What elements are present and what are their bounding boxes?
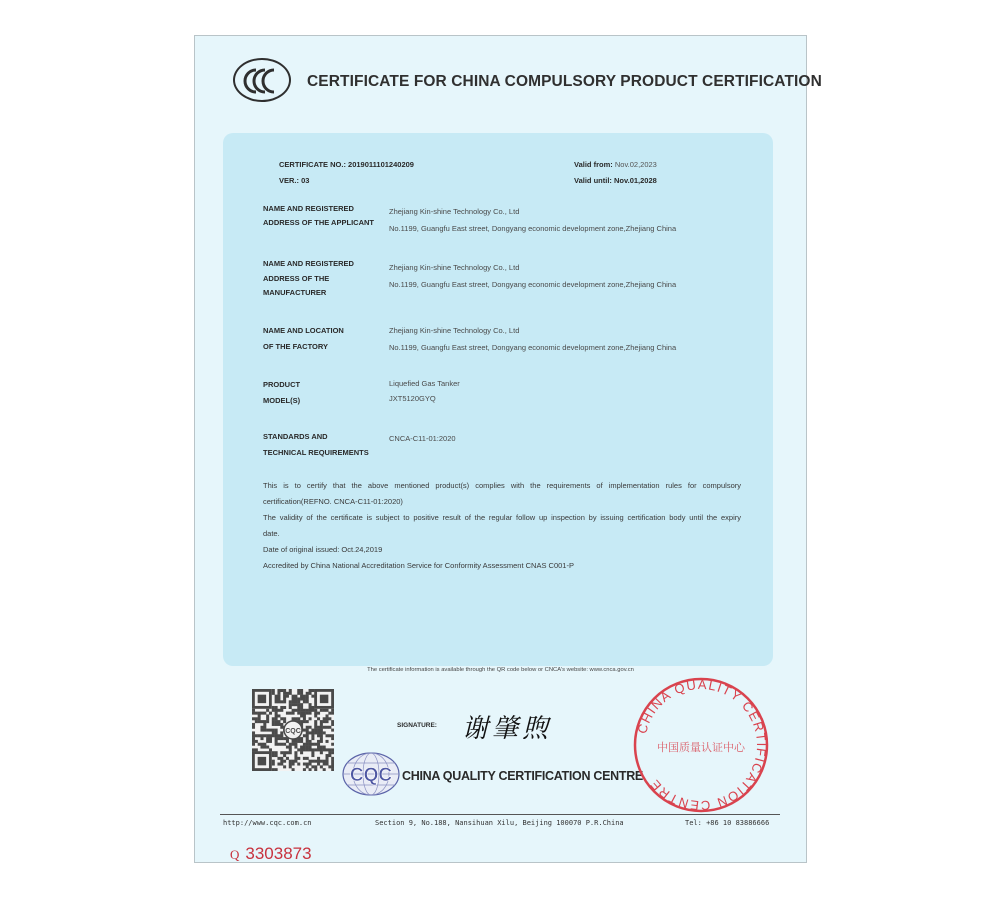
- product-name: Liquefied Gas Tanker: [389, 376, 460, 391]
- certification-statement: This is to certify that the above mentio…: [263, 478, 741, 574]
- signature-label: SIGNATURE:: [397, 722, 437, 729]
- footer-divider: [220, 814, 780, 815]
- certificate-title: CERTIFICATE FOR CHINA COMPULSORY PRODUCT…: [307, 73, 822, 91]
- valid-until-value: Nov.01,2028: [614, 176, 657, 185]
- standards-label: STANDARDS AND TECHNICAL REQUIREMENTS: [263, 429, 369, 461]
- certificate-version: VER.: 03: [279, 176, 309, 185]
- certificate-number-value: 2019011101240209: [348, 160, 414, 169]
- applicant-label: NAME AND REGISTERED ADDRESS OF THE APPLI…: [263, 202, 374, 230]
- manufacturer-value: Zhejiang Kin-shine Technology Co., Ltd N…: [389, 259, 676, 293]
- label-line: OF THE FACTORY: [263, 339, 344, 355]
- label-line: ADDRESS OF THE APPLICANT: [263, 216, 374, 230]
- label-line: ADDRESS OF THE: [263, 272, 354, 287]
- footer-website[interactable]: http://www.cqc.com.cn: [223, 819, 312, 827]
- serial-value: 3303873: [245, 844, 311, 863]
- ccc-logo-icon: [233, 58, 291, 102]
- svg-text:中国质量认证中心: 中国质量认证中心: [657, 740, 746, 754]
- label-line: TECHNICAL REQUIREMENTS: [263, 445, 369, 461]
- certificate-number-label: CERTIFICATE NO.:: [279, 160, 346, 169]
- svg-text:CQC: CQC: [350, 765, 393, 786]
- standards-value: CNCA-C11-01:2020: [389, 430, 456, 447]
- certificate-header: CERTIFICATE FOR CHINA COMPULSORY PRODUCT…: [195, 36, 806, 136]
- standards-code: CNCA-C11-01:2020: [389, 430, 456, 447]
- applicant-value: Zhejiang Kin-shine Technology Co., Ltd N…: [389, 203, 676, 237]
- serial-prefix: Q: [230, 847, 239, 862]
- statement-line: The validity of the certificate is subje…: [263, 510, 741, 526]
- cqc-globe-logo-icon: CQC: [341, 751, 401, 802]
- label-line: PRODUCT: [263, 377, 300, 393]
- statement-line: date.: [263, 526, 741, 542]
- footer-address: Section 9, No.188, Nansihuan Xilu, Beiji…: [375, 819, 624, 827]
- factory-address: No.1199, Guangfu East street, Dongyang e…: [389, 339, 676, 356]
- original-issue-date: Date of original issued: Oct.24,2019: [263, 542, 741, 558]
- valid-from-label: Valid from:: [574, 160, 613, 169]
- signature: 谢肇煦: [462, 708, 552, 745]
- certificate-number: CERTIFICATE NO.: 2019011101240209: [279, 160, 414, 169]
- label-line: NAME AND LOCATION: [263, 323, 344, 339]
- statement-line: certification(REFNO. CNCA-C11-01:2020): [263, 494, 741, 510]
- label-line: MANUFACTURER: [263, 286, 354, 301]
- applicant-address: No.1199, Guangfu East street, Dongyang e…: [389, 220, 676, 237]
- version-label: VER.:: [279, 176, 299, 185]
- label-line: NAME AND REGISTERED: [263, 202, 374, 216]
- official-seal: CHINA QUALITY CERTIFICATION CENTRE 中国质量认…: [631, 675, 771, 820]
- label-line: NAME AND REGISTERED: [263, 257, 354, 272]
- valid-until-label: Valid until:: [574, 176, 612, 185]
- accreditation-line: Accredited by China National Accreditati…: [263, 558, 741, 574]
- factory-label: NAME AND LOCATION OF THE FACTORY: [263, 323, 344, 355]
- product-model: JXT5120GYQ: [389, 391, 460, 406]
- manufacturer-address: No.1199, Guangfu East street, Dongyang e…: [389, 276, 676, 293]
- svg-text:CQC: CQC: [285, 728, 301, 735]
- product-label: PRODUCT MODEL(S): [263, 377, 300, 409]
- valid-from-value: Nov.02,2023: [615, 160, 657, 169]
- certificate-details-panel: CERTIFICATE NO.: 2019011101240209 VER.: …: [223, 133, 773, 666]
- manufacturer-label: NAME AND REGISTERED ADDRESS OF THE MANUF…: [263, 257, 354, 301]
- issuer-name: CHINA QUALITY CERTIFICATION CENTRE: [402, 769, 643, 783]
- qr-info-note: The certificate information is available…: [195, 667, 806, 673]
- valid-from: Valid from: Nov.02,2023: [574, 160, 657, 169]
- factory-name: Zhejiang Kin-shine Technology Co., Ltd: [389, 322, 676, 339]
- applicant-name: Zhejiang Kin-shine Technology Co., Ltd: [389, 203, 676, 220]
- version-value: 03: [301, 176, 309, 185]
- label-line: STANDARDS AND: [263, 429, 369, 445]
- serial-number: Q3303873: [230, 844, 312, 864]
- product-value: Liquefied Gas Tanker JXT5120GYQ: [389, 376, 460, 406]
- label-line: MODEL(S): [263, 393, 300, 409]
- certificate-page: CERTIFICATE FOR CHINA COMPULSORY PRODUCT…: [194, 35, 807, 863]
- qr-code[interactable]: CQC: [252, 689, 334, 771]
- factory-value: Zhejiang Kin-shine Technology Co., Ltd N…: [389, 322, 676, 356]
- statement-line: This is to certify that the above mentio…: [263, 478, 741, 494]
- valid-until: Valid until: Nov.01,2028: [574, 176, 657, 185]
- footer-phone: Tel: +86 10 83886666: [685, 819, 769, 827]
- manufacturer-name: Zhejiang Kin-shine Technology Co., Ltd: [389, 259, 676, 276]
